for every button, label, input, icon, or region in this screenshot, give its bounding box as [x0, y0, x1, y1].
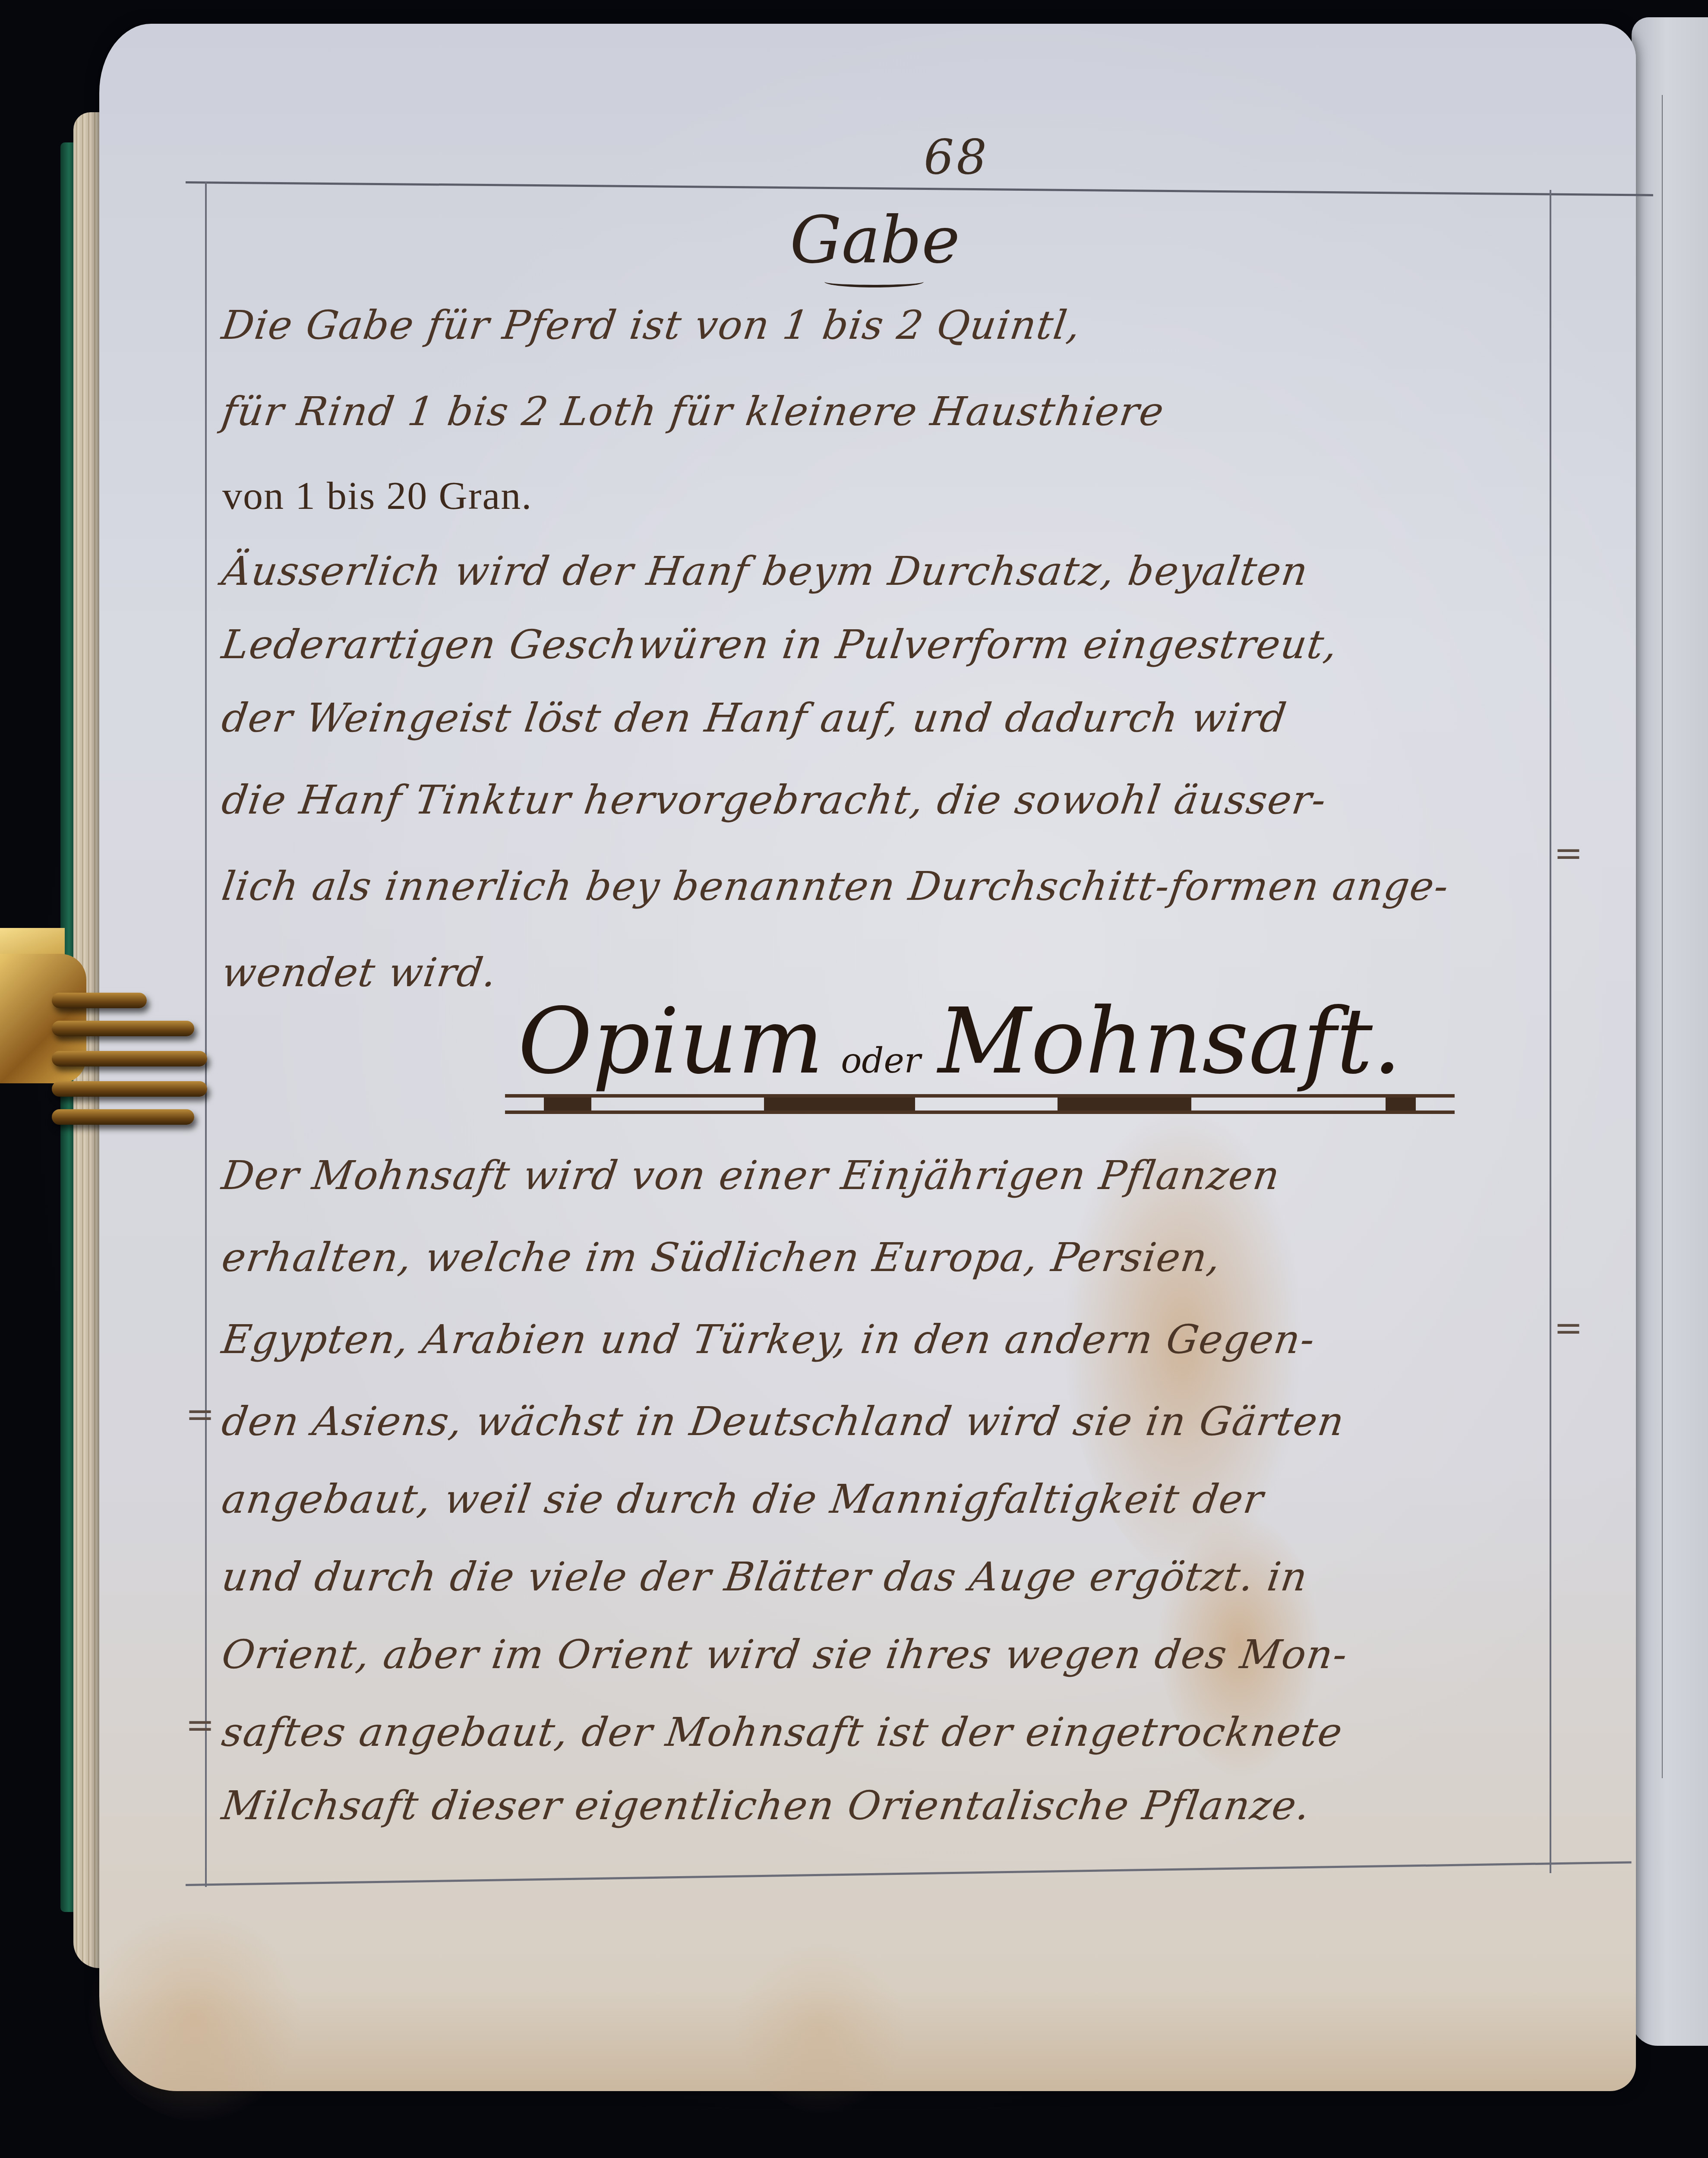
- hyphen-mark: =: [186, 1394, 215, 1434]
- text-line: für Rind 1 bis 2 Loth für kleinere Haust…: [219, 388, 1542, 435]
- section-heading-opium: OpiumoderMohnsaft.: [518, 988, 1402, 1094]
- heading-flourish: [824, 276, 924, 287]
- clasp-prong: [52, 1081, 207, 1097]
- text-line: Die Gabe für Pferd ist von 1 bis 2 Quint…: [219, 302, 1542, 348]
- clasp-prong: [52, 993, 147, 1008]
- hyphen-mark: =: [186, 1705, 215, 1745]
- gold-clasp: [0, 928, 203, 1135]
- text-line: und durch die viele der Blätter das Auge…: [219, 1554, 1542, 1600]
- page-number: 68: [924, 129, 989, 185]
- text-line: den Asiens, wächst in Deutschland wird s…: [219, 1398, 1542, 1445]
- hyphen-mark: =: [1554, 833, 1583, 873]
- clasp-prong: [52, 1109, 194, 1125]
- clasp-prong: [52, 1021, 194, 1036]
- text-line: saftes angebaut, der Mohnsaft ist der ei…: [219, 1709, 1542, 1755]
- text-line: erhalten, welche im Südlichen Europa, Pe…: [219, 1234, 1542, 1281]
- text-line: Äusserlich wird der Hanf beym Durchsatz,…: [219, 548, 1542, 594]
- text-line: Egypten, Arabien und Türkey, in den ande…: [219, 1316, 1542, 1363]
- text-line: der Weingeist löst den Hanf auf, und dad…: [219, 695, 1542, 741]
- heading-opium-word: Opium: [518, 988, 824, 1094]
- text-line: lich als innerlich bey benannten Durchsc…: [219, 863, 1542, 909]
- text-line: Orient, aber im Orient wird sie ihres we…: [219, 1631, 1542, 1678]
- adjacent-page-edge: [1632, 17, 1708, 2046]
- hyphen-mark: =: [1554, 1308, 1583, 1348]
- text-line: die Hanf Tinktur hervorgebracht, die sow…: [219, 777, 1542, 823]
- section-heading-gabe: Gabe: [790, 203, 960, 278]
- heading-mohnsaft-word: Mohnsaft.: [938, 988, 1402, 1094]
- ruled-line: [1662, 95, 1663, 1778]
- text-line: Der Mohnsaft wird von einer Einjährigen …: [219, 1152, 1542, 1199]
- clasp-prong: [52, 1051, 207, 1066]
- text-line: Lederartigen Geschwüren in Pulverform ei…: [219, 622, 1542, 668]
- frame-rule-left: [205, 182, 207, 1887]
- frame-rule-right: [1550, 190, 1551, 1873]
- text-line: von 1 bis 20 Gran.: [222, 473, 1539, 518]
- heading-double-underline: [505, 1094, 1455, 1114]
- text-line: angebaut, weil sie durch die Mannigfalti…: [219, 1476, 1542, 1522]
- heading-connector: oder: [841, 1041, 921, 1081]
- text-line: Milchsaft dieser eigentlichen Orientalis…: [219, 1783, 1542, 1829]
